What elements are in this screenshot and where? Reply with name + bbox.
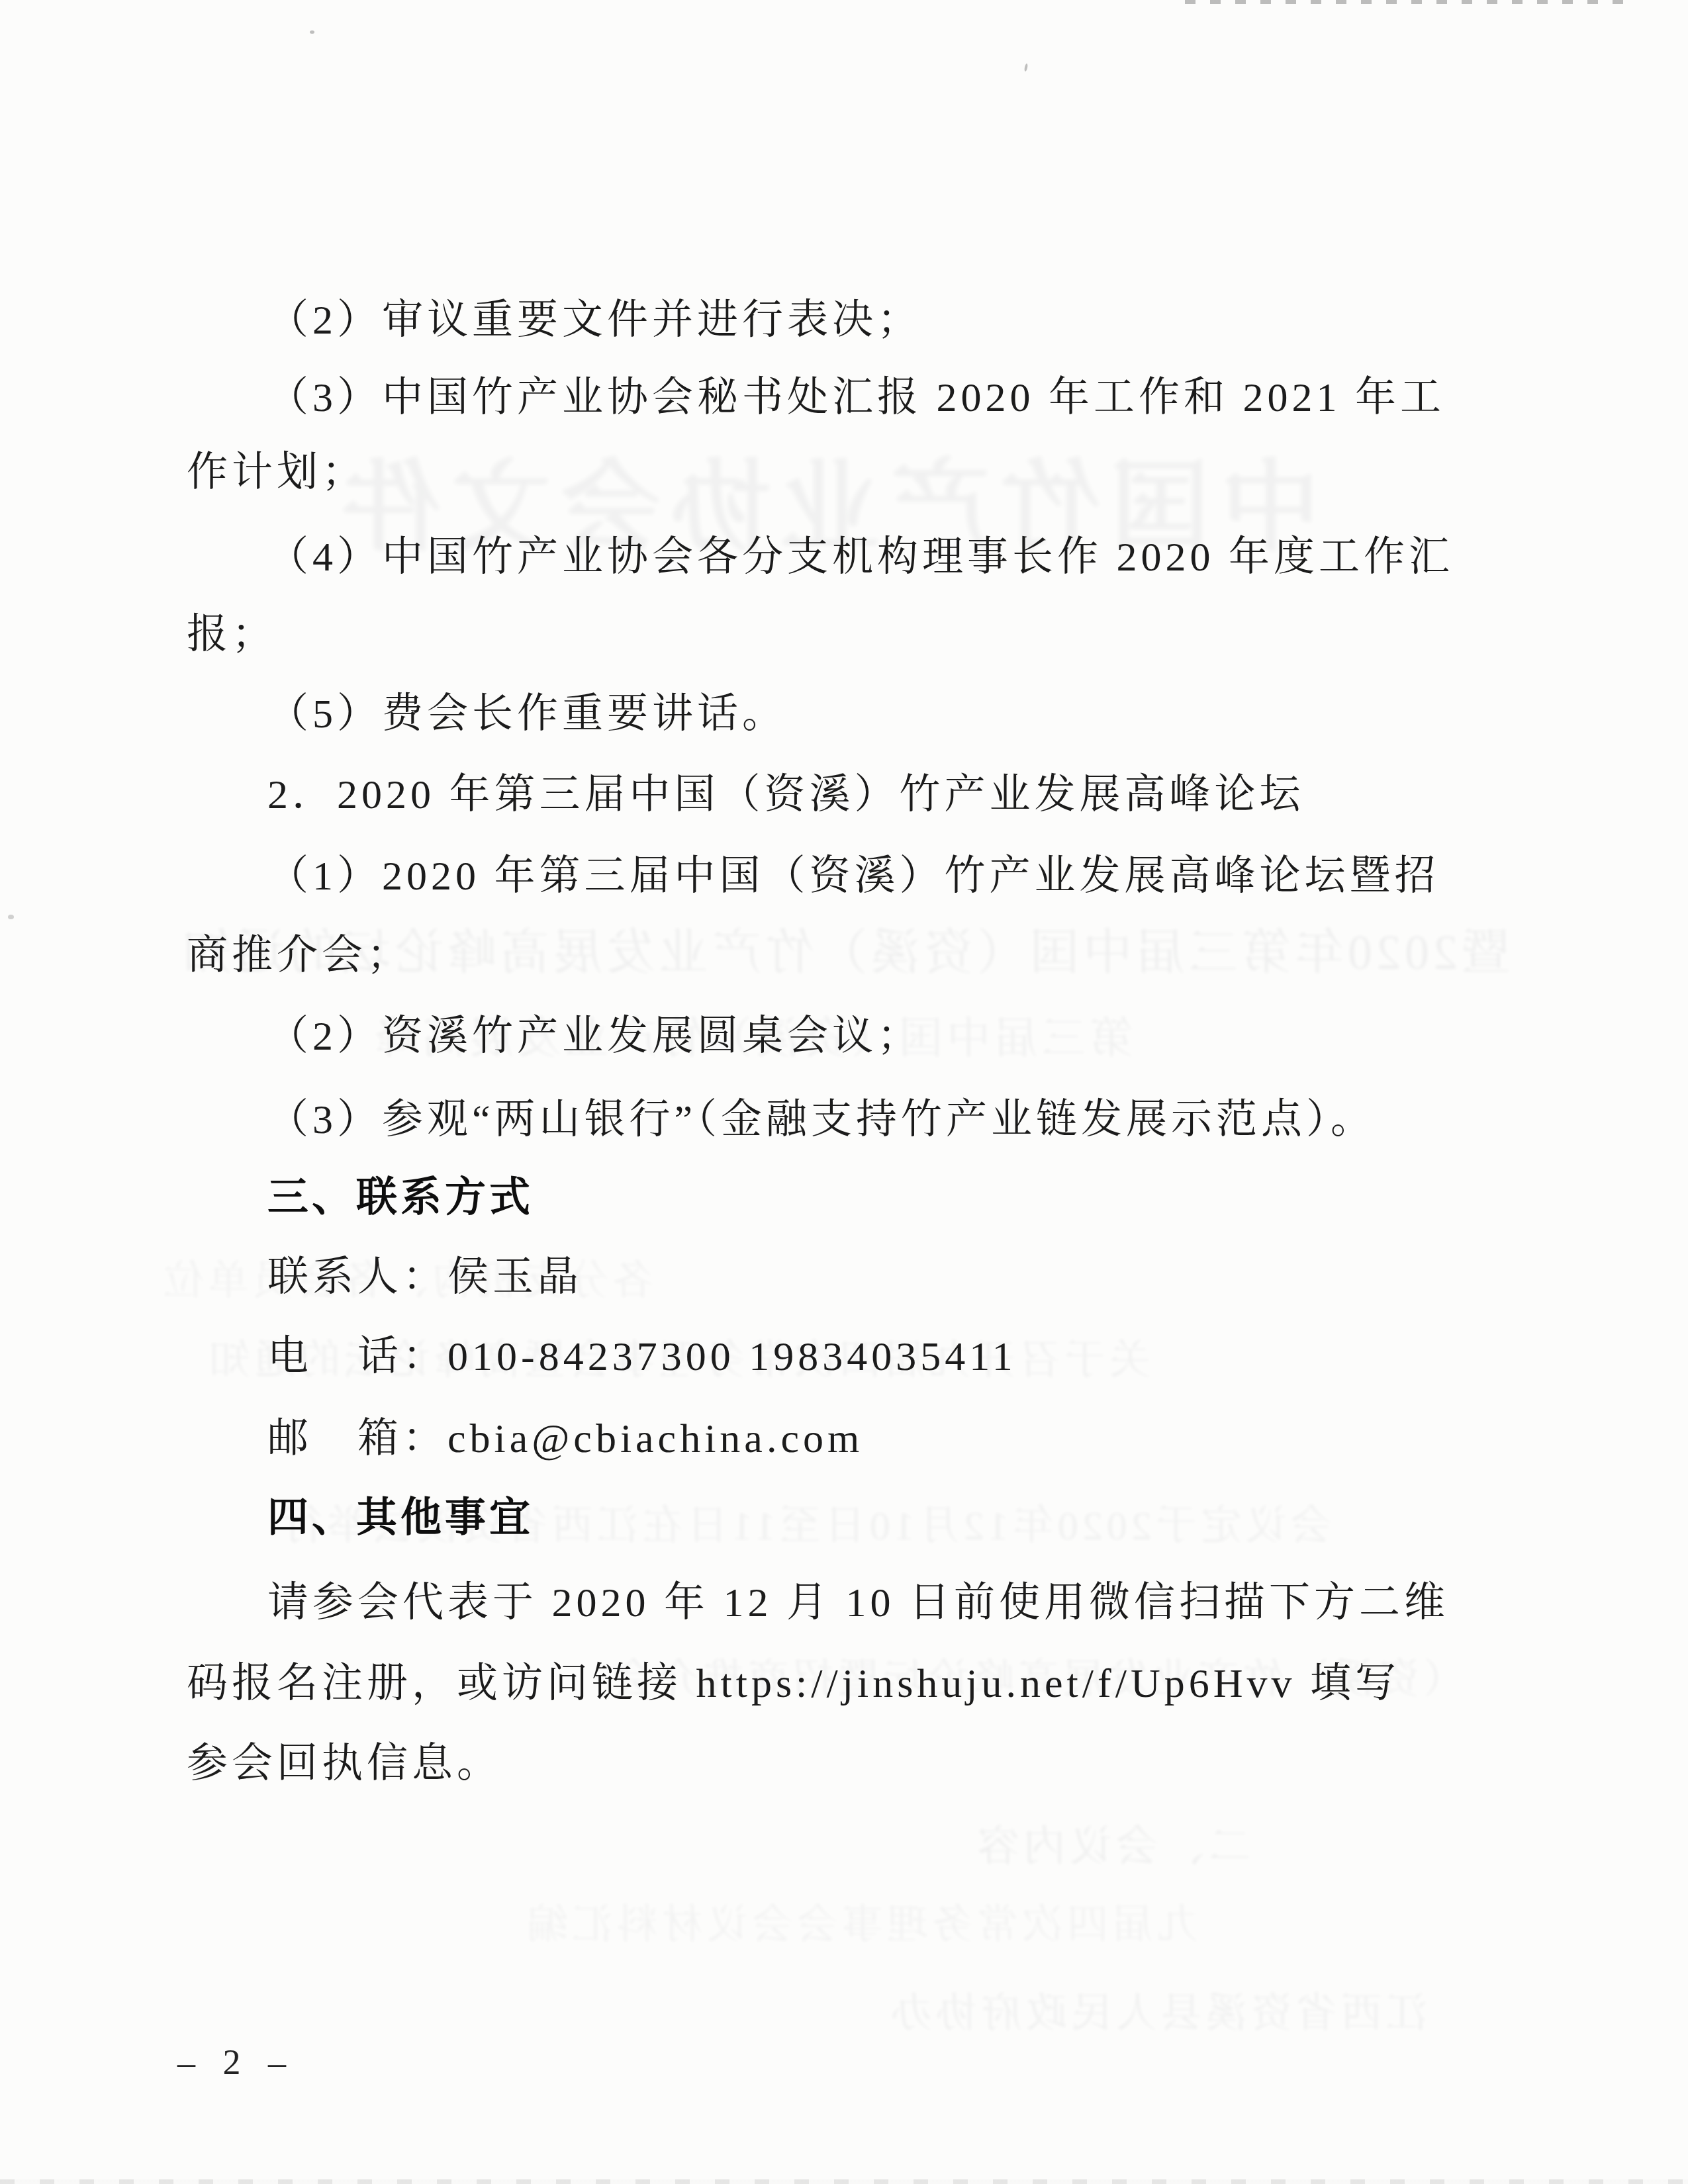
body-line-3-secretariat: （3）中国竹产业协会秘书处汇报 2020 年工作和 2021 年工: [267, 375, 1445, 421]
document-page: 中国竹产业协会文件 暨2020年第三届中国（资溪）竹产业发展高峰论坛的通知 第三…: [0, 0, 1688, 2184]
contact-email-line: 邮 箱：cbia@cbiachina.com: [267, 1416, 863, 1462]
body-line-forum-item: 2．2020 年第三届中国（资溪）竹产业发展高峰论坛: [267, 772, 1305, 818]
scan-edge-noise-bottom: [0, 2179, 1688, 2184]
body-line-register-link: 码报名注册，或访问链接 https://jinshuju.net/f/Up6Hv…: [187, 1661, 1400, 1707]
body-line-register-cont: 参会回执信息。: [187, 1741, 502, 1787]
body-line-forum-3: （3）参观“两山银行”（金融支持竹产业链发展示范点）。: [267, 1097, 1376, 1143]
scan-edge-noise-top: [1185, 0, 1630, 4]
body-line-register: 请参会代表于 2020 年 12 月 10 日前使用微信扫描下方二维: [267, 1580, 1449, 1626]
section-heading-other: 四、其他事宜: [267, 1495, 534, 1541]
scan-speck: [310, 30, 314, 34]
scan-speck: [1024, 64, 1028, 72]
bleedthrough-line: 二、会议内容: [973, 1812, 1251, 1873]
section-heading-contact: 三、联系方式: [267, 1175, 534, 1221]
body-line-3-cont: 作计划；: [187, 449, 367, 496]
contact-person-line: 联系人：侯玉晶: [267, 1254, 583, 1300]
bleedthrough-line: 江西省资溪县人民政府协办: [887, 1980, 1427, 2039]
page-number: – 2 –: [177, 2042, 295, 2083]
body-line-forum-1-cont: 商推介会；: [187, 933, 412, 979]
contact-phone-line: 电 话：010-84237300 19834035411: [267, 1334, 1017, 1380]
body-line-2-review: （2）审议重要文件并进行表决；: [267, 297, 922, 343]
body-line-4-branches: （4）中国竹产业协会各分支机构理事长作 2020 年度工作汇: [267, 534, 1454, 580]
body-line-4-cont: 报；: [187, 612, 277, 658]
body-line-forum-2: （2）资溪竹产业发展圆桌会议；: [267, 1013, 922, 1060]
scan-speck: [8, 915, 14, 919]
bleedthrough-line: 九届四次常务理事会会议材料汇编: [523, 1891, 1198, 1950]
body-line-forum-1: （1）2020 年第三届中国（资溪）竹产业发展高峰论坛暨招: [267, 853, 1440, 899]
body-line-5-speech: （5）费会长作重要讲话。: [267, 691, 787, 737]
